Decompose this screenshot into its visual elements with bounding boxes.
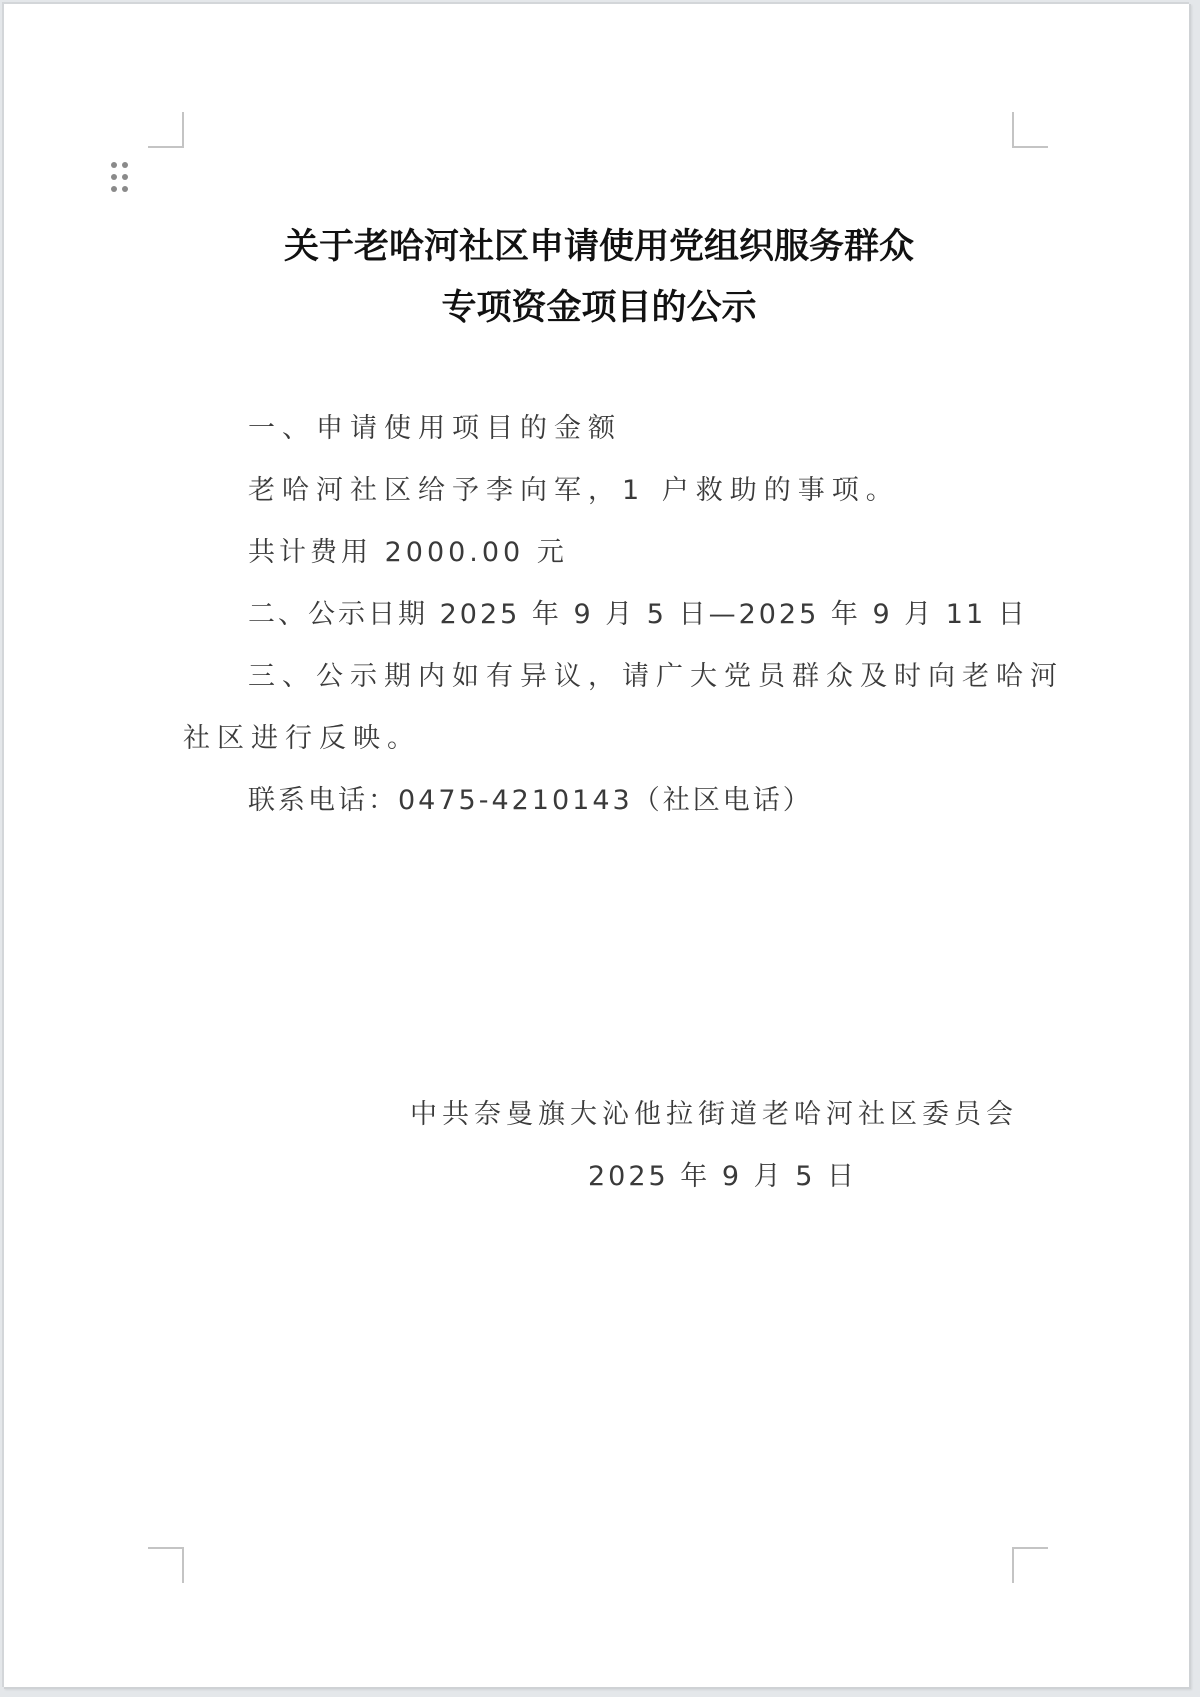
corner-mark-bottom-left <box>148 1547 184 1583</box>
total-cost: 共计费用 2000.00 元 <box>248 536 568 570</box>
signing-date: 2025 年 9 月 5 日 <box>588 1160 857 1194</box>
drag-dot <box>111 162 117 168</box>
corner-mark-top-right <box>1012 112 1048 148</box>
assistance-description: 老哈河社区给予李向军，1 户救助的事项。 <box>248 474 900 508</box>
drag-dot <box>111 174 117 180</box>
drag-dot <box>122 162 128 168</box>
document-title-line-2: 专项资金项目的公示 <box>4 280 1194 330</box>
corner-mark-bottom-right <box>1012 1547 1048 1583</box>
objection-notice-continued: 社区进行反映。 <box>183 722 421 756</box>
drag-dot <box>111 186 117 192</box>
drag-dot <box>122 186 128 192</box>
section-one-heading: 一、申请使用项目的金额 <box>248 412 622 446</box>
publicity-period: 二、公示日期 2025 年 9 月 5 日—2025 年 9 月 11 日 <box>248 598 1028 632</box>
document-title-line-1: 关于老哈河社区申请使用党组织服务群众 <box>4 219 1194 269</box>
drag-dot <box>122 174 128 180</box>
objection-notice: 三、公示期内如有异议，请广大党员群众及时向老哈河 <box>248 660 1064 694</box>
signing-organization: 中共奈曼旗大沁他拉街道老哈河社区委员会 <box>410 1098 1018 1132</box>
corner-mark-top-left <box>148 112 184 148</box>
contact-phone: 联系电话：0475-4210143（社区电话） <box>248 784 813 818</box>
drag-handle-icon[interactable] <box>111 162 131 192</box>
document-page: 关于老哈河社区申请使用党组织服务群众 专项资金项目的公示 一、申请使用项目的金额… <box>2 2 1189 1687</box>
